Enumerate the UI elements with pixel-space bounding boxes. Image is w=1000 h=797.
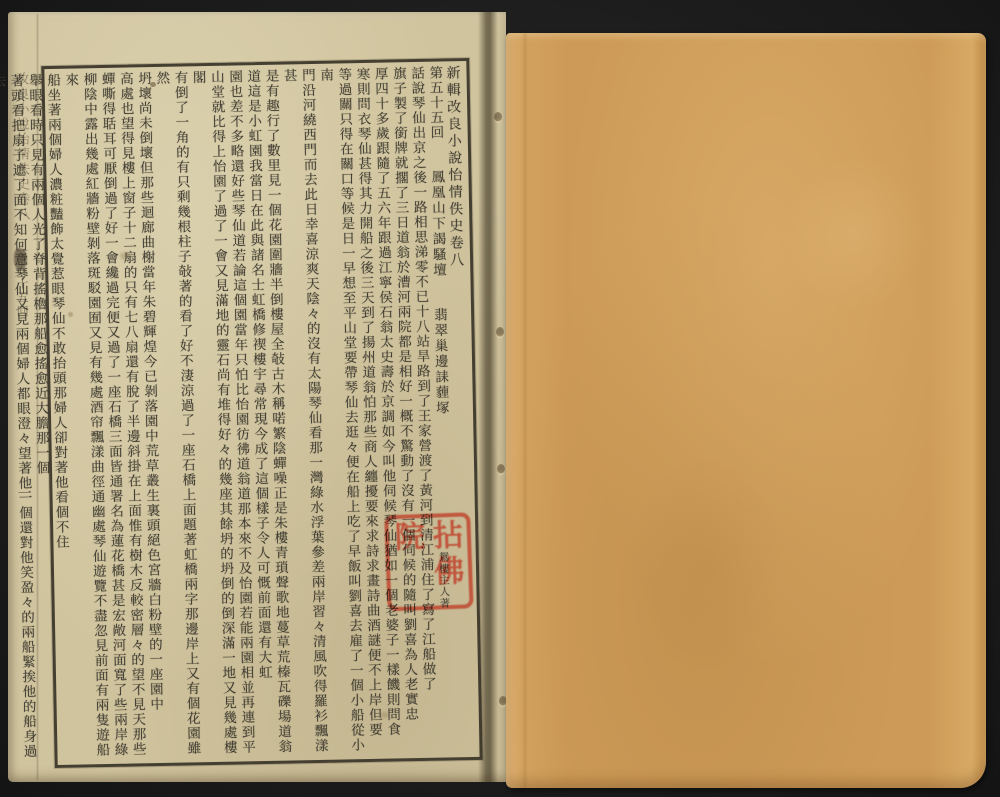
chapter-number: 第五十五回 (425, 65, 445, 140)
scanned-book-spread: { "book": { "title_column": "新輯改良小說怡情佚史卷… (0, 0, 1000, 797)
chapter-couplet-1: 鳳凰山下謁騷壇 (427, 169, 447, 278)
age-stain (786, 153, 926, 313)
collector-seal: 拈佛 院 (384, 512, 473, 611)
page-crease (524, 33, 526, 788)
gutter-shadow (478, 12, 498, 782)
binding-hole (496, 327, 504, 337)
right-page (506, 33, 986, 788)
text-block-frame: 新輯改良小說怡情佚史卷八 第五十五回 鳳凰山下謁騷壇 翡翠巢邊誄薶塚 鴛樓主人著… (41, 58, 482, 768)
seal-chars-left: 院 (386, 520, 427, 605)
age-stain (626, 453, 786, 673)
chapter-couplet-2: 翡翠巢邊誄薶塚 (430, 307, 450, 416)
left-page: 改良小說怡情佚史卷八 第五十五回 一 新輯改良小說怡情佚史卷八 第五十五回 鳳凰… (8, 12, 506, 782)
binding-hole (497, 464, 505, 474)
binding-hole (494, 112, 502, 122)
seal-chars-right: 拈佛 (424, 519, 465, 604)
